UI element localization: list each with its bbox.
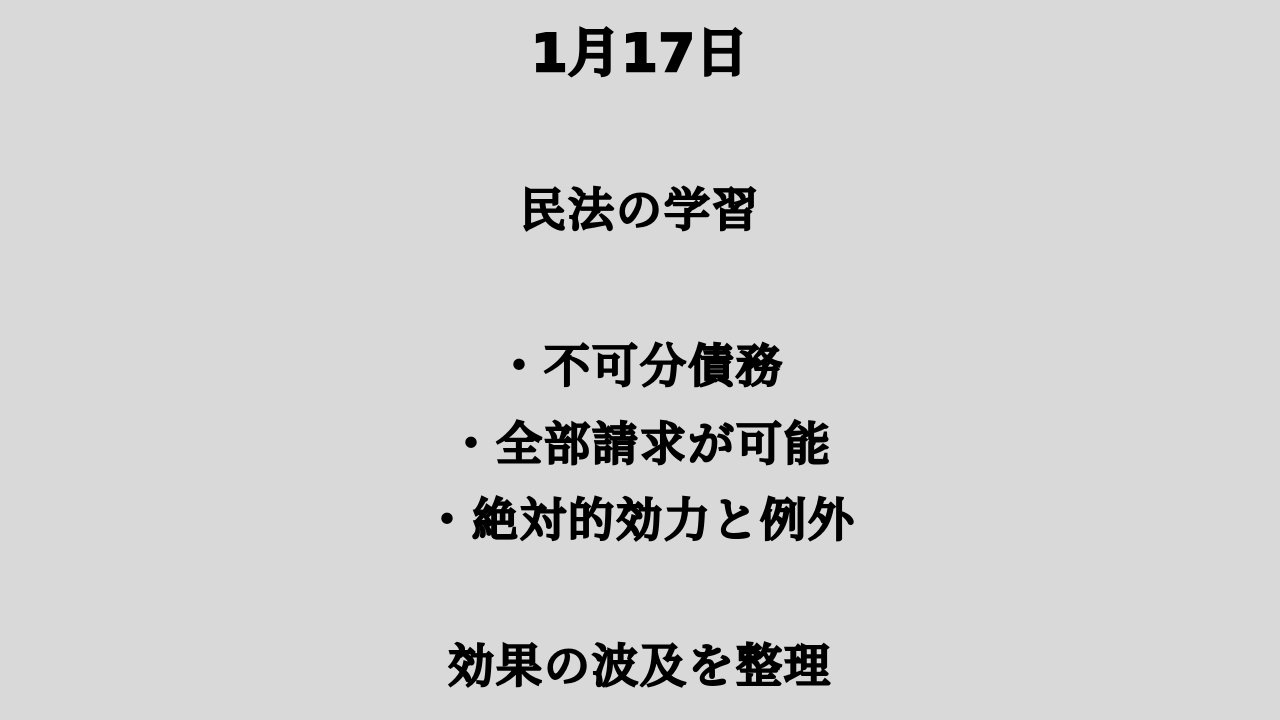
bullet-item: ・不可分債務 bbox=[0, 343, 1280, 389]
subject-title: 民法の学習 bbox=[0, 187, 1280, 233]
date-heading: 1月17日 bbox=[0, 28, 1280, 80]
study-note-slide: 1月17日 民法の学習 ・不可分債務 ・全部請求が可能 ・絶対的効力と例外 効果… bbox=[0, 0, 1280, 720]
summary-text: 効果の波及を整理 bbox=[0, 643, 1280, 689]
bullet-item: ・絶対的効力と例外 bbox=[0, 497, 1280, 543]
bullet-item: ・全部請求が可能 bbox=[0, 421, 1280, 467]
